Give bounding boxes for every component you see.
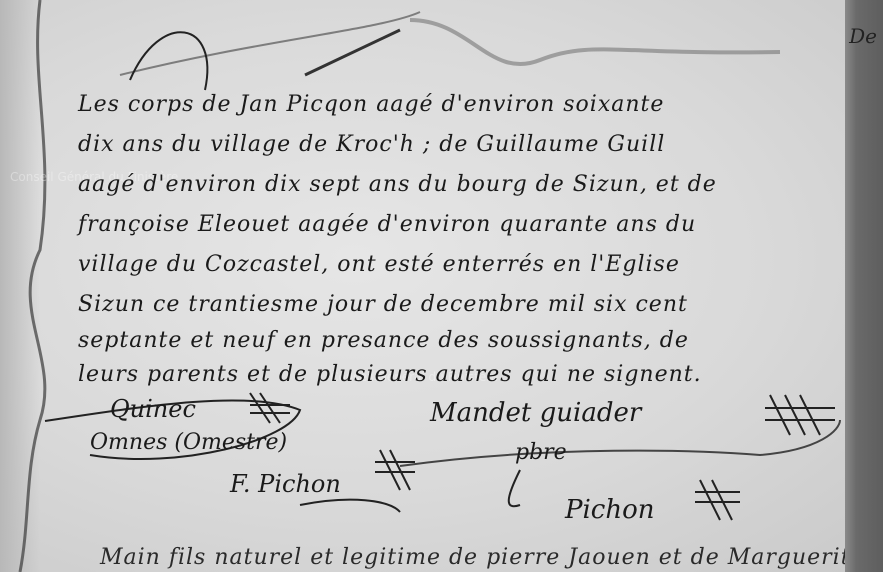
text-line: village du Cozcastel, ont esté enterrés … xyxy=(78,252,680,277)
signature-pichon: Pichon xyxy=(565,495,655,525)
manuscript-scan: Conseil Général du Finistère Conseil Gén… xyxy=(0,0,883,572)
next-entry-partial: Main fils naturel et legitime de pierre … xyxy=(100,545,883,570)
book-gutter: De xyxy=(845,0,883,572)
margin-header: De xyxy=(849,24,877,48)
text-line: françoise Eleouet aagée d'environ quaran… xyxy=(78,212,696,237)
signature-omnes: Omnes (Omestre) xyxy=(90,430,287,455)
text-line: dix ans du village de Kroc'h ; de Guilla… xyxy=(78,132,665,157)
text-line: Les corps de Jan Picqon aagé d'environ s… xyxy=(78,92,664,117)
signature-mandet-guiader: Mandet guiader xyxy=(430,398,641,428)
text-line: septante et neuf en presance des soussig… xyxy=(78,328,689,353)
signature-quinec: Quinec xyxy=(110,395,196,423)
signature-f-pichon: F. Pichon xyxy=(230,470,341,498)
text-line: leurs parents et de plusieurs autres qui… xyxy=(78,362,702,387)
signature-pbre: pbre xyxy=(515,440,567,465)
pen-strokes xyxy=(0,0,883,572)
text-line: Sizun ce trantiesme jour de decembre mil… xyxy=(78,292,688,317)
text-line: aagé d'environ dix sept ans du bourg de … xyxy=(78,172,717,197)
